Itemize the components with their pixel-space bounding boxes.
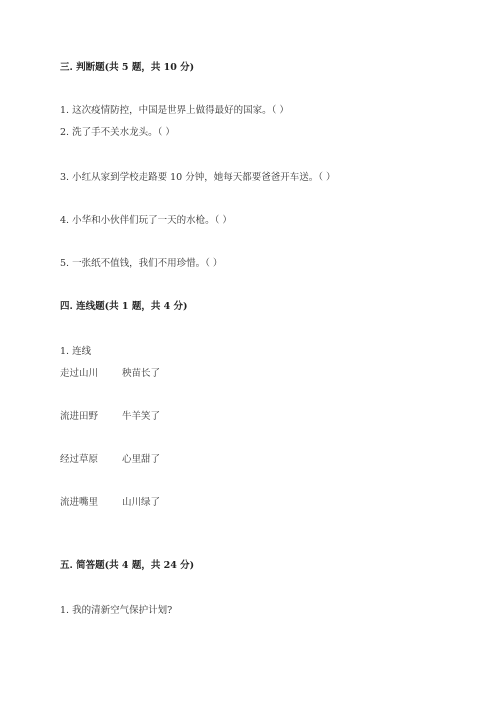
matching-row: 走过山川秧苗长了 (60, 367, 160, 381)
matching-right: 牛羊笑了 (122, 410, 160, 424)
section-heading-judgment: 三. 判断题(共 5 题，共 10 分) (60, 61, 194, 75)
matching-left: 经过草原 (60, 453, 122, 467)
judgment-item-3: 3. 小红从家到学校走路要 10 分钟，她每天都要爸爸开车送。（ ） (60, 171, 335, 185)
judgment-item-4: 4. 小华和小伙伴们玩了一天的水枪。（ ） (60, 214, 232, 228)
short-answer-question-1: 1. 我的清新空气保护计划? (60, 604, 172, 618)
matching-row: 流进田野牛羊笑了 (60, 410, 160, 424)
matching-row: 流进嘴里山川绿了 (60, 496, 160, 510)
matching-question: 1. 连线 (60, 345, 91, 359)
judgment-item-5: 5. 一张纸不值钱，我们不用珍惜。（ ） (60, 257, 222, 271)
matching-right: 山川绿了 (122, 496, 160, 510)
section-heading-short-answer: 五. 简答题(共 4 题，共 24 分) (60, 559, 194, 573)
judgment-item-1: 1. 这次疫情防控，中国是世界上做得最好的国家。（ ） (60, 104, 289, 118)
matching-left: 流进嘴里 (60, 496, 122, 510)
matching-right: 秧苗长了 (122, 367, 160, 381)
judgment-item-2: 2. 洗了手不关水龙头。（ ） (60, 126, 175, 140)
matching-left: 走过山川 (60, 367, 122, 381)
matching-right: 心里甜了 (122, 453, 160, 467)
matching-left: 流进田野 (60, 410, 122, 424)
section-heading-matching: 四. 连线题(共 1 题，共 4 分) (60, 300, 188, 314)
matching-row: 经过草原心里甜了 (60, 453, 160, 467)
